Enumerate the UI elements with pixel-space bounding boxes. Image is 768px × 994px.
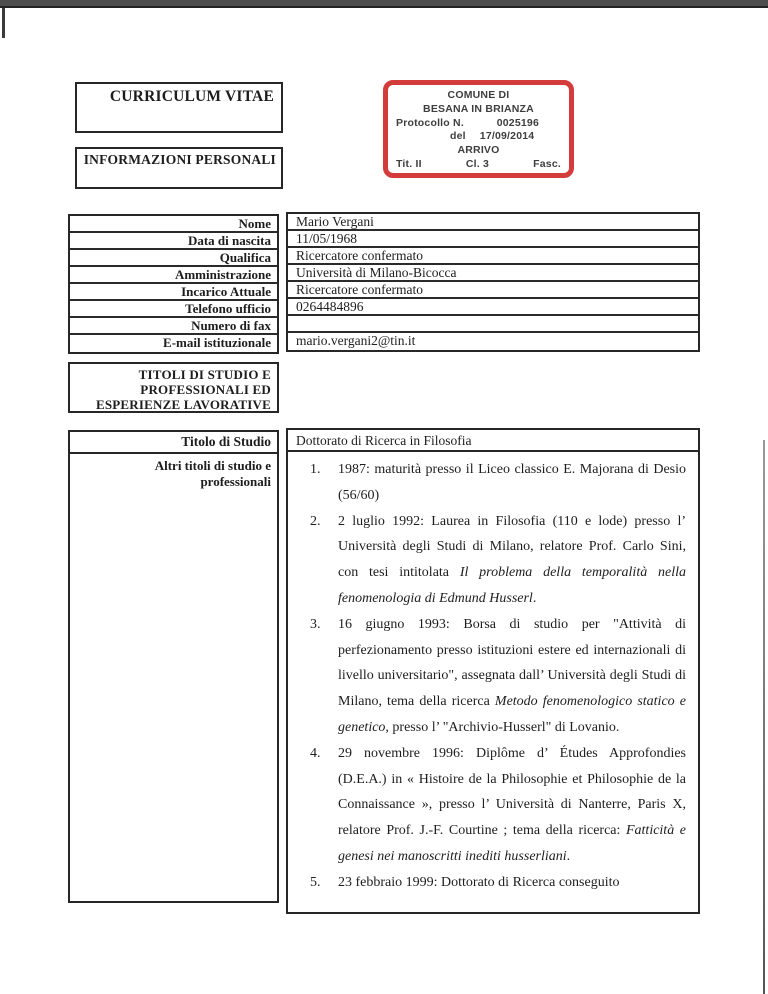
education-item-text: .	[567, 849, 571, 864]
personal-row-value	[288, 316, 698, 333]
personal-row-value: Mario Vergani	[288, 214, 698, 231]
personal-info-section-title: INFORMAZIONI PERSONALI	[77, 152, 276, 168]
stamp-cl: Cl. 3	[466, 158, 489, 170]
education-item: 1.1987: maturità presso il Liceo classic…	[310, 457, 686, 509]
education-item-number: 5.	[310, 870, 321, 896]
education-label-column: Titolo di Studio Altri titoli di studio …	[68, 430, 279, 903]
personal-row-label: Telefono ufficio	[70, 301, 277, 318]
titles-section-line: ESPERIENZE LAVORATIVE	[70, 397, 271, 412]
personal-row-label: Numero di fax	[70, 318, 277, 335]
education-value-column: Dottorato di Ricerca in Filosofia 1.1987…	[286, 428, 700, 914]
personal-row-label: Qualifica	[70, 250, 277, 267]
altri-titoli-label: Altri titoli di studio eprofessionali	[70, 454, 277, 490]
personal-row-label: Amministrazione	[70, 267, 277, 284]
education-item-text: 23 febbraio 1999: Dottorato di Ricerca c…	[338, 875, 619, 890]
stamp-date: 17/09/2014	[480, 130, 535, 142]
personal-info-section-box: INFORMAZIONI PERSONALI	[75, 147, 283, 189]
personal-row-value: 11/05/1968	[288, 231, 698, 248]
stamp-tit: Tit. II	[396, 158, 422, 170]
education-item-number: 1.	[310, 457, 321, 483]
stamp-del-label: del	[450, 130, 466, 142]
stamp-fasc: Fasc.	[533, 158, 561, 170]
education-item: 3.16 giugno 1993: Borsa di studio per "A…	[310, 612, 686, 741]
stamp-protocol-row: Protocollo N. 0025196	[394, 117, 563, 129]
stamp-city-line: BESANA IN BRIANZA	[394, 103, 563, 115]
titles-section-line: TITOLI DI STUDIO E	[70, 367, 271, 382]
stamp-date-row: del 17/09/2014	[394, 130, 563, 142]
education-item-text: 1987: maturità presso il Liceo classico …	[338, 462, 686, 503]
personal-row-value: mario.vergani2@tin.it	[288, 333, 698, 350]
personal-row-value: 0264484896	[288, 299, 698, 316]
stamp-classification-row: Tit. II Cl. 3 Fasc.	[394, 158, 563, 170]
stamp-comune-line: COMUNE DI	[394, 89, 563, 101]
personal-info-label-column: NomeData di nascitaQualificaAmministrazi…	[68, 214, 279, 354]
scanned-cv-page: CURRICULUM VITAE INFORMAZIONI PERSONALI …	[0, 0, 768, 994]
titles-section-box: TITOLI DI STUDIO EPROFESSIONALI EDESPERI…	[68, 362, 279, 413]
stamp-protocol-number: 0025196	[497, 117, 539, 129]
personal-row-label: Incarico Attuale	[70, 284, 277, 301]
education-item-number: 4.	[310, 741, 321, 767]
page-title: CURRICULUM VITAE	[77, 88, 274, 106]
personal-row-label: Data di nascita	[70, 233, 277, 250]
education-item-text: .	[533, 591, 537, 606]
education-item: 5.23 febbraio 1999: Dottorato di Ricerca…	[310, 870, 686, 896]
altri-titoli-label-line: professionali	[70, 474, 271, 490]
personal-row-value: Università di Milano-Bicocca	[288, 265, 698, 282]
scan-artifact-top-bar	[0, 0, 768, 8]
education-items-list: 1.1987: maturità presso il Liceo classic…	[288, 452, 698, 896]
personal-row-value: Ricercatore confermato	[288, 248, 698, 265]
cv-title-box: CURRICULUM VITAE	[75, 82, 283, 133]
education-item: 2.2 luglio 1992: Laurea in Filosofia (11…	[310, 509, 686, 612]
scan-artifact-right-line	[763, 440, 765, 994]
protocol-stamp: COMUNE DI BESANA IN BRIANZA Protocollo N…	[383, 80, 574, 178]
scan-artifact-left-tick	[2, 8, 5, 38]
education-item: 4.29 novembre 1996: Diplôme d’ Études Ap…	[310, 741, 686, 870]
stamp-arrivo-label: ARRIVO	[394, 144, 563, 156]
personal-row-label: Nome	[70, 216, 277, 233]
personal-row-value: Ricercatore confermato	[288, 282, 698, 299]
education-item-number: 3.	[310, 612, 321, 638]
education-item-number: 2.	[310, 509, 321, 535]
titolo-di-studio-value: Dottorato di Ricerca in Filosofia	[288, 430, 698, 452]
personal-row-label: E-mail istituzionale	[70, 335, 277, 352]
personal-info-value-column: Mario Vergani11/05/1968Ricercatore confe…	[286, 212, 700, 352]
titles-section-line: PROFESSIONALI ED	[70, 382, 271, 397]
titolo-di-studio-label: Titolo di Studio	[70, 432, 277, 454]
stamp-protocol-label: Protocollo N.	[396, 117, 464, 129]
education-item-text: , presso l’ "Archivio-Husserl" di Lovani…	[385, 720, 619, 735]
altri-titoli-label-line: Altri titoli di studio e	[70, 458, 271, 474]
